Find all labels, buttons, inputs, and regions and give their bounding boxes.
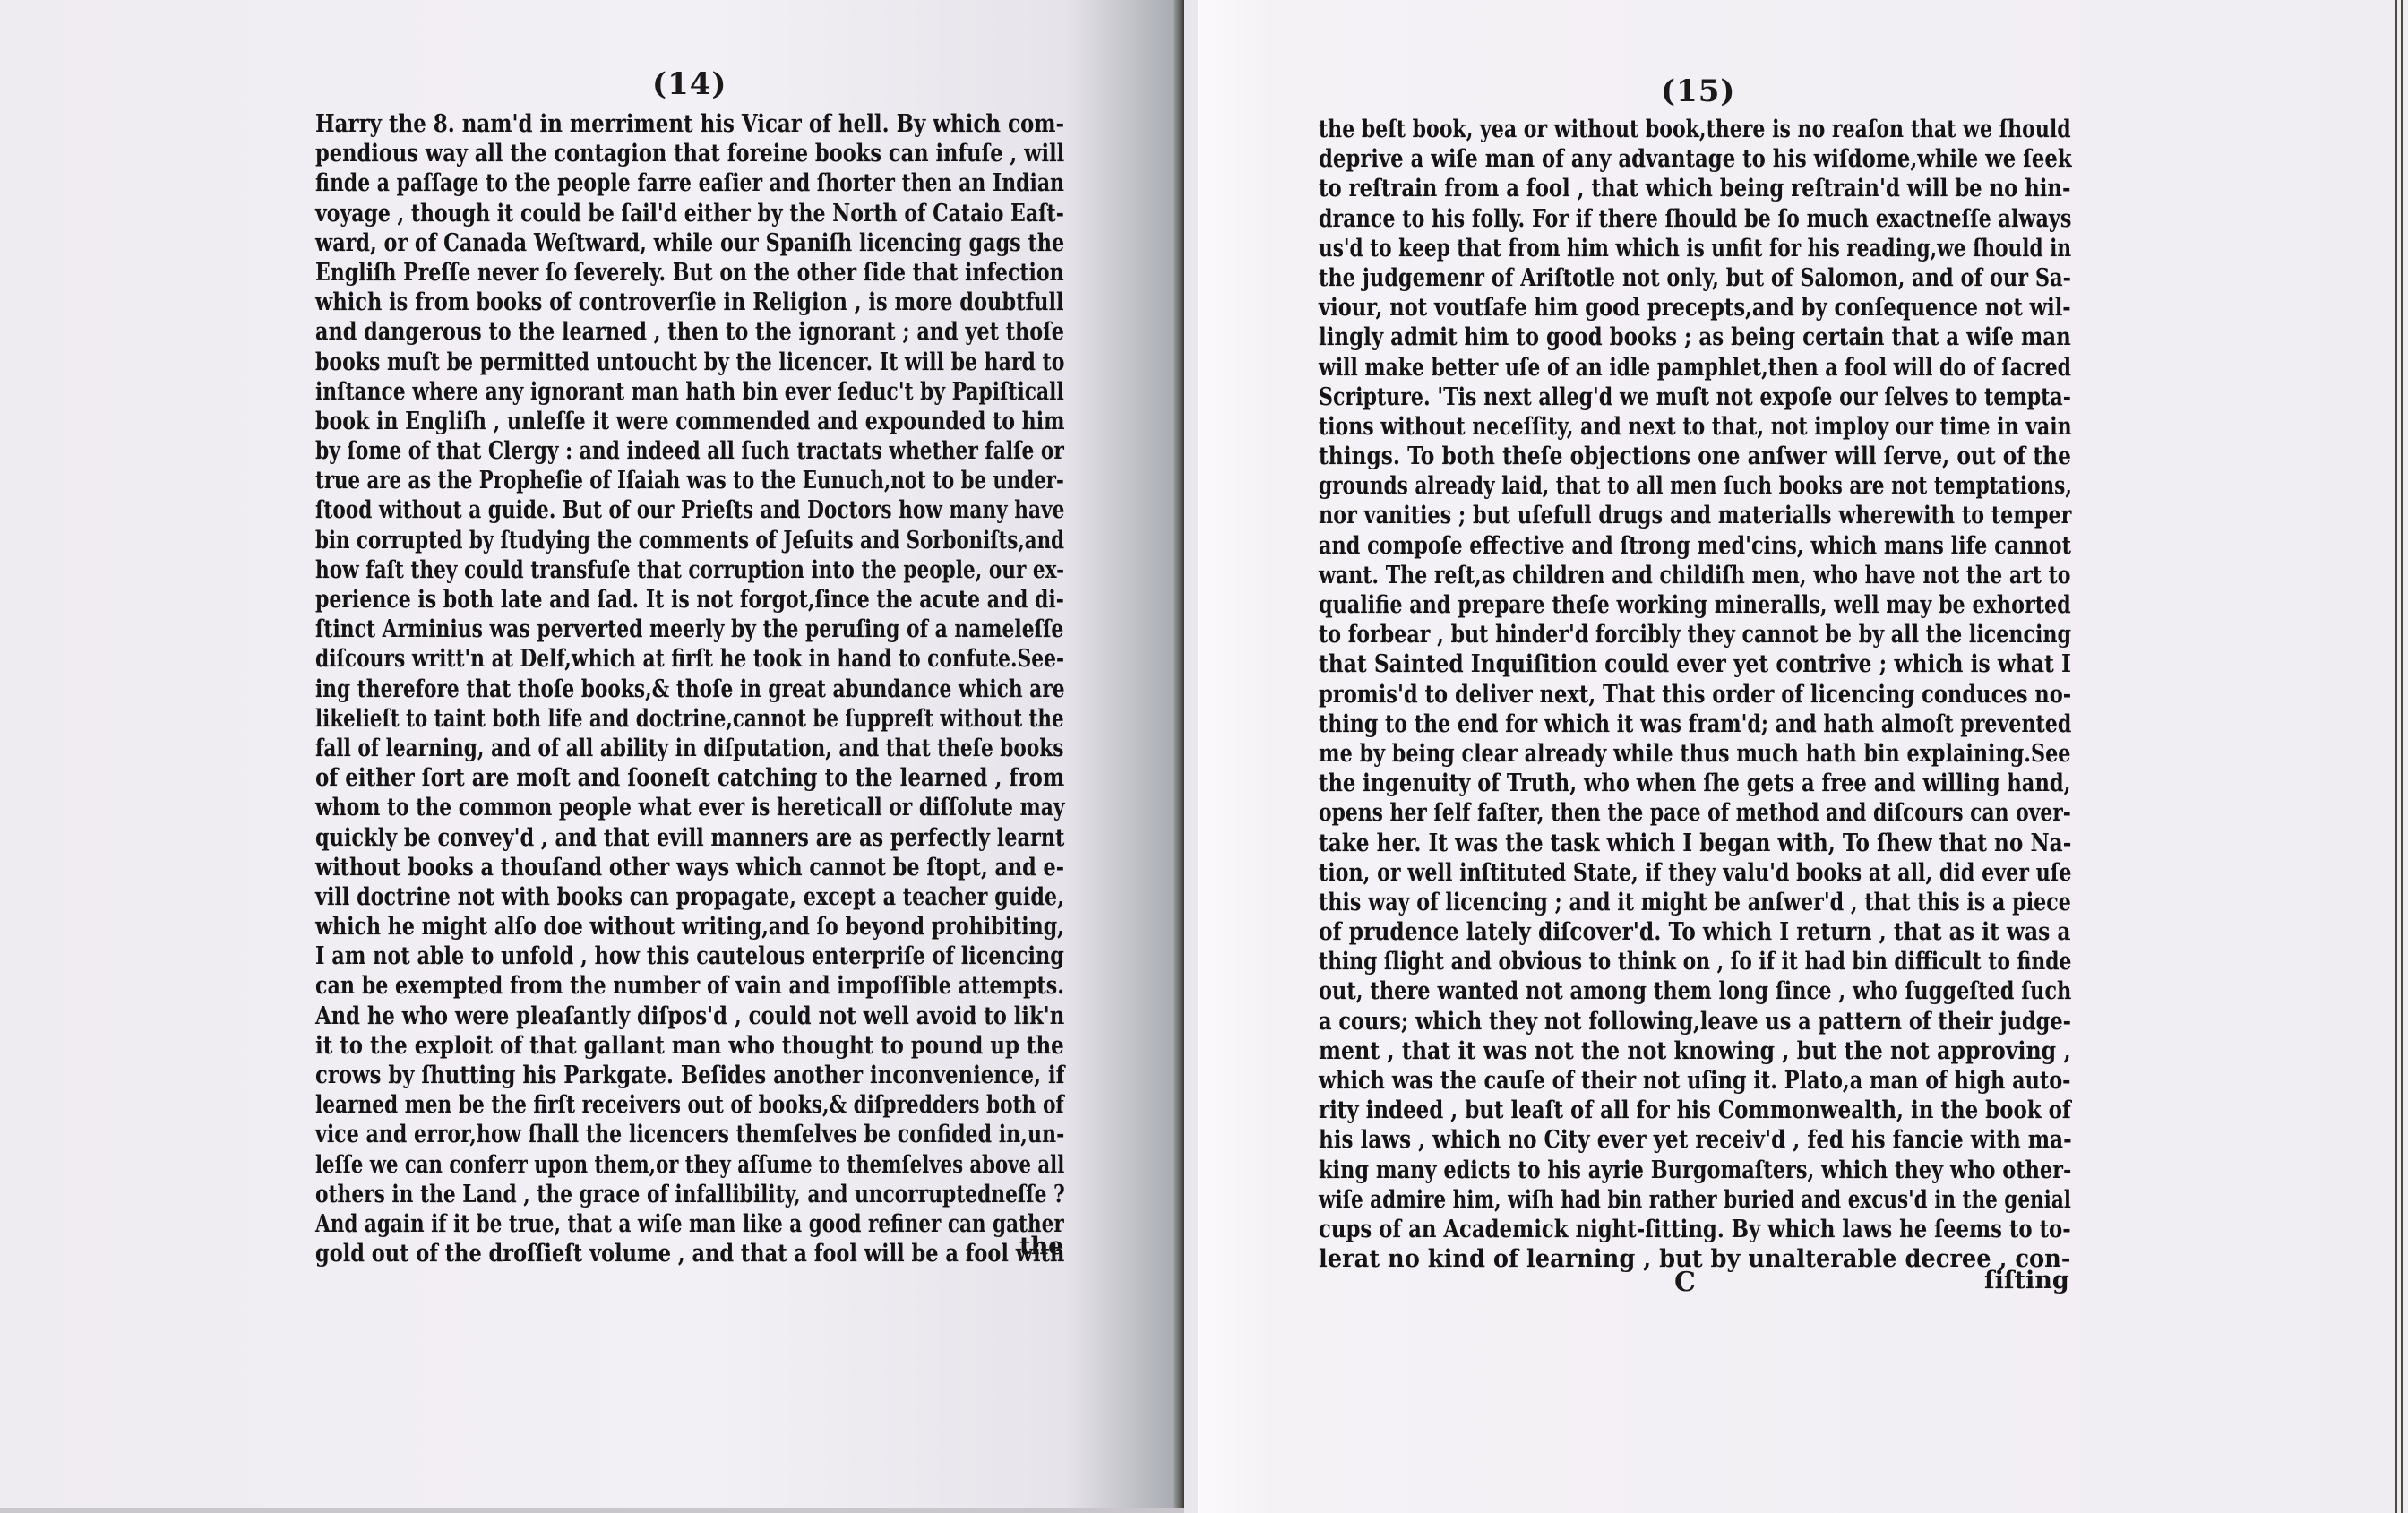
text-line: us'd to keep that from him which is unfi…	[1319, 234, 1922, 263]
catchword-left: the	[1019, 1233, 1063, 1260]
page-number-15: (15)	[1661, 73, 1736, 109]
text-line: can be exempted from the number of vain …	[315, 971, 930, 1001]
text-line: this way of licencing ; and it might be …	[1319, 888, 1938, 917]
left-page-text: Harry the 8. nam'd in merriment his Vica…	[315, 109, 1064, 1268]
page-number-14: (14)	[652, 66, 727, 102]
text-line: leſſe we can conferr upon them,or they a…	[315, 1150, 904, 1180]
text-line: ment , that it was not the not knowing ,…	[1319, 1036, 1978, 1066]
text-line: will make better uſe of an idle pamphlet…	[1319, 353, 1929, 383]
text-line: out, there wanted not among them long ſi…	[1319, 976, 1946, 1006]
text-line: vice and error,how ſhall the licencers t…	[315, 1120, 929, 1149]
text-line: whom to the common people what ever is h…	[315, 793, 921, 822]
text-line: others in the Land , the grace of infall…	[315, 1180, 918, 1209]
text-line: voyage , though it could be ſail'd eithe…	[315, 199, 925, 228]
text-line: And again if it be true, that a wiſe man…	[315, 1209, 912, 1239]
text-line: tion, or well inſtituted State, if they …	[1319, 858, 1937, 888]
text-line: which he might alſo doe without writing,…	[315, 912, 929, 941]
text-line: ing therefore that thoſe books,& thoſe i…	[315, 675, 917, 704]
text-line: Engliſh Preſſe never ſo ſeverely. But on…	[315, 258, 926, 288]
page-bottom-edge	[0, 1508, 1184, 1513]
text-line: and dangerous to the learned , then to t…	[315, 317, 934, 347]
text-line: bin corrupted by ſtudying the comments o…	[315, 526, 907, 555]
right-page: (15) the beſt book, yea or without book,…	[1198, 0, 2408, 1513]
text-line: qualifie and prepare theſe working miner…	[1319, 590, 1939, 620]
text-line: vill doctrine not with books can propaga…	[315, 882, 933, 912]
page-stack-edge	[2395, 0, 2403, 1513]
text-line: inſtance where any ignorant man hath bin…	[315, 377, 920, 407]
text-line: thing to the end for which it was fram'd…	[1319, 709, 1936, 739]
text-line: it to the exploit of that gallant man wh…	[315, 1031, 950, 1061]
text-line: learned men be the firſt receivers out o…	[315, 1090, 916, 1120]
text-line: the judgemenr of Ariſtotle not only, but…	[1319, 263, 1944, 293]
text-line: crows by ſhutting his Parkgate. Beſides …	[315, 1061, 947, 1090]
text-line: thing ſlight and obvious to think on , ſ…	[1319, 947, 1927, 976]
text-line: perience is both late and ſad. It is not…	[315, 585, 925, 615]
text-line: wiſe admire him, wiſh had bin rather bur…	[1319, 1185, 1918, 1215]
text-line: viour, not voutſafe him good precepts,an…	[1319, 293, 1948, 322]
right-page-text: the beſt book, yea or without book,there…	[1319, 115, 2071, 1274]
text-line: to reſtrain from a fool , that which bei…	[1319, 174, 1953, 203]
text-line: things. To both theſe objections one anſ…	[1319, 442, 1968, 471]
text-line: lingly admit him to good books ; as bein…	[1319, 322, 1957, 352]
text-line: to forbear , but hinder'd forcibly they …	[1319, 620, 1937, 649]
text-line: diſcours writt'n at Delf,which at firſt …	[315, 644, 920, 674]
signature-mark: C	[1674, 1267, 1696, 1298]
text-line: ſtinct Arminius was perverted meerly by …	[315, 615, 921, 644]
text-line: his laws , which no City ever yet receiv…	[1319, 1125, 1961, 1155]
text-line: and compoſe effective and ſtrong med'cin…	[1319, 531, 1941, 561]
text-line: fall of learning, and of all ability in …	[315, 734, 916, 763]
text-line: gold out of the droſſieſt volume , and t…	[315, 1239, 939, 1268]
text-line: of either ſort are moſt and ſooneſt catc…	[315, 763, 953, 793]
book-spread: (14) Harry the 8. nam'd in merriment his…	[0, 0, 2408, 1513]
text-line: a cours; which they not following,leave …	[1319, 1007, 1945, 1036]
text-line: nor vanities ; but uſefull drugs and mat…	[1319, 501, 1940, 530]
text-line: I am not able to unfold , how this caute…	[315, 941, 935, 971]
text-line: pendious way all the contagion that fore…	[315, 139, 941, 168]
text-line: finde a paſſage to the people farre eaſi…	[315, 168, 924, 198]
text-line: promis'd to deliver next, That this orde…	[1319, 680, 1948, 709]
left-page: (14) Harry the 8. nam'd in merriment his…	[0, 0, 1184, 1513]
text-line: deprive a wiſe man of any advantage to h…	[1319, 144, 1953, 174]
text-line: by ſome of that Clergy : and indeed all …	[315, 436, 919, 466]
text-line: quickly be convey'd , and that evill man…	[315, 823, 936, 853]
text-line: rity indeed , but leaſt of all for his C…	[1319, 1096, 1957, 1125]
text-line: of prudence lately diſcover'd. To which …	[1319, 917, 1970, 947]
text-line: me by being clear already while thus muc…	[1319, 739, 1939, 769]
text-line: books muſt be permitted untoucht by the …	[315, 348, 925, 377]
text-line: likelieſt to taint both life and doctrin…	[315, 704, 908, 734]
text-line: Harry the 8. nam'd in merriment his Vica…	[315, 109, 951, 139]
text-line: opens her ſelf faſter, then the pace of …	[1319, 798, 1928, 828]
text-line: drance to his folly. For if there ſhould…	[1319, 204, 1938, 234]
text-line: how faſt they could transfuſe that corru…	[315, 555, 916, 585]
text-line: tions without neceſſity, and next to tha…	[1319, 412, 1932, 442]
text-line: that Sainted Inquiſition could ever yet …	[1319, 649, 1970, 679]
text-line: want. The reſt,as children and childiſh …	[1319, 561, 1932, 590]
text-line: without books a thouſand other ways whic…	[315, 853, 934, 882]
text-line: ward, or of Canada Weſtward, while our S…	[315, 228, 934, 258]
text-line: ſtood without a guide. But of our Prieſt…	[315, 495, 916, 525]
catchword-right: ſiſting	[1984, 1267, 2069, 1294]
text-line: take her. It was the task which I began …	[1319, 829, 1965, 858]
text-line: grounds already laid, that to all men ſu…	[1319, 471, 1922, 501]
text-line: the ingenuity of Truth, who when ſhe get…	[1319, 769, 1948, 798]
text-line: cups of an Academick night-ſitting. By w…	[1319, 1215, 1954, 1244]
text-line: king many edicts to his ayrie Burgomaſte…	[1319, 1156, 1944, 1185]
text-line: Scripture. 'Tis next alleg'd we muſt not…	[1319, 383, 1935, 412]
text-line: true are as the Propheſie of Iſaiah was …	[315, 466, 906, 495]
text-line: And he who were pleaſantly diſpos'd , co…	[315, 1002, 945, 1031]
text-line: the beſt book, yea or without book,there…	[1319, 115, 1932, 144]
text-line: book in Engliſh , unleſſe it were commen…	[315, 407, 929, 436]
text-line: which is from books of controverſie in R…	[315, 288, 939, 317]
text-line: which was the cauſe of their not uſing i…	[1319, 1066, 1942, 1096]
